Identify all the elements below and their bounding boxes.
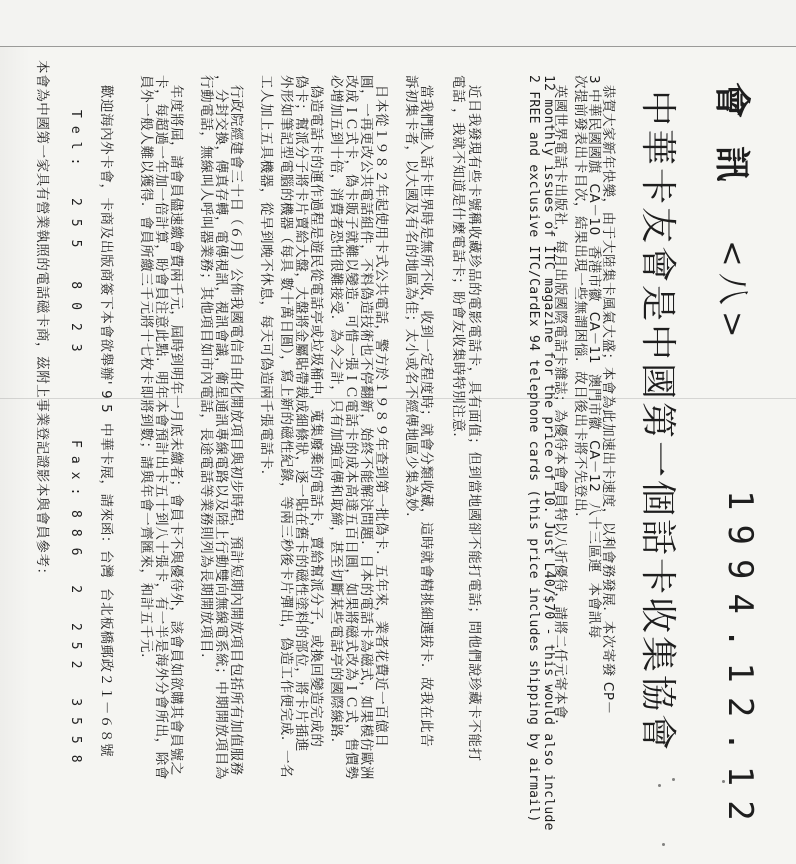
- newsletter-page: 會訊 <八> 1994.12.12 中華卡友會是中國第一個話卡收集協會 恭賀大家…: [0, 0, 796, 864]
- paragraph-line: 電話 ，我就不知道是什麼電話卡；盼會友收集時特別注意．: [450, 75, 470, 447]
- fax-label: Fax:: [68, 440, 83, 503]
- tel-label: Tel:: [68, 110, 83, 173]
- newsletter-name: 會訊: [709, 82, 760, 210]
- issue-number: <八>: [712, 240, 758, 344]
- page-title: 中華卡友會是中國第一個話卡收集協會: [635, 90, 686, 753]
- paragraph-line: 行動電話，無線叫人呼叫器業務；其他項目如市內電話，長途電話等業務則列為長期開放項…: [198, 75, 218, 667]
- scan-speck: [672, 778, 675, 781]
- paragraph-line: 員外一般人難以獲得．會員所繳三千元將十七枚卡即將到數；請與年會一齊匯來，和計五千…: [138, 75, 158, 667]
- paragraph-line: 訴初集卡者，以大國及有名的地區為佳；太小或名不經傳地區少集為妙．: [403, 75, 423, 526]
- english-line: 12 monthly issues of ITC magazine for th…: [541, 75, 556, 831]
- issue-date: 1994.12.12: [720, 490, 760, 835]
- english-line: 2 FREE and exclusive ITC/CardEx 94 telep…: [526, 75, 541, 823]
- scan-speck: [722, 780, 725, 783]
- paragraph-line: 外形如筆記型電腦的機器（每具 數十萬日圓），寫上新的磁性紀錄，等兩三秒後卡片彈出…: [278, 75, 298, 778]
- fax-number: 886 2 252 3558: [68, 510, 83, 774]
- tel-number: 255 8023: [68, 198, 83, 365]
- scan-speck: [662, 843, 665, 846]
- paragraph-line: 必增加五到十倍，消費者恐怕很難接受．為今之計，只有加強宣傳和取締，甚至切斷某些電…: [328, 75, 348, 752]
- paragraph-line: 次提前發表出卡目次，結果出現一些無謂困惱．故日後出卡將不先登出．: [572, 75, 592, 526]
- footer-note: 本會為中國第一家具有營業執照的電話磁卡商，茲附上事業登記證影本與會員參考：: [34, 60, 54, 582]
- paragraph-line: 工人加上五具機器，從早到晚不休息，每天可偽造兩千張電話卡．: [258, 75, 278, 484]
- paragraph-line: 歡迎海內外卡會，卡商及出版商簽下本會欲舉辦' 9 5 中華卡展，請來函：台灣 台…: [98, 75, 118, 757]
- scan-speck: [658, 784, 661, 787]
